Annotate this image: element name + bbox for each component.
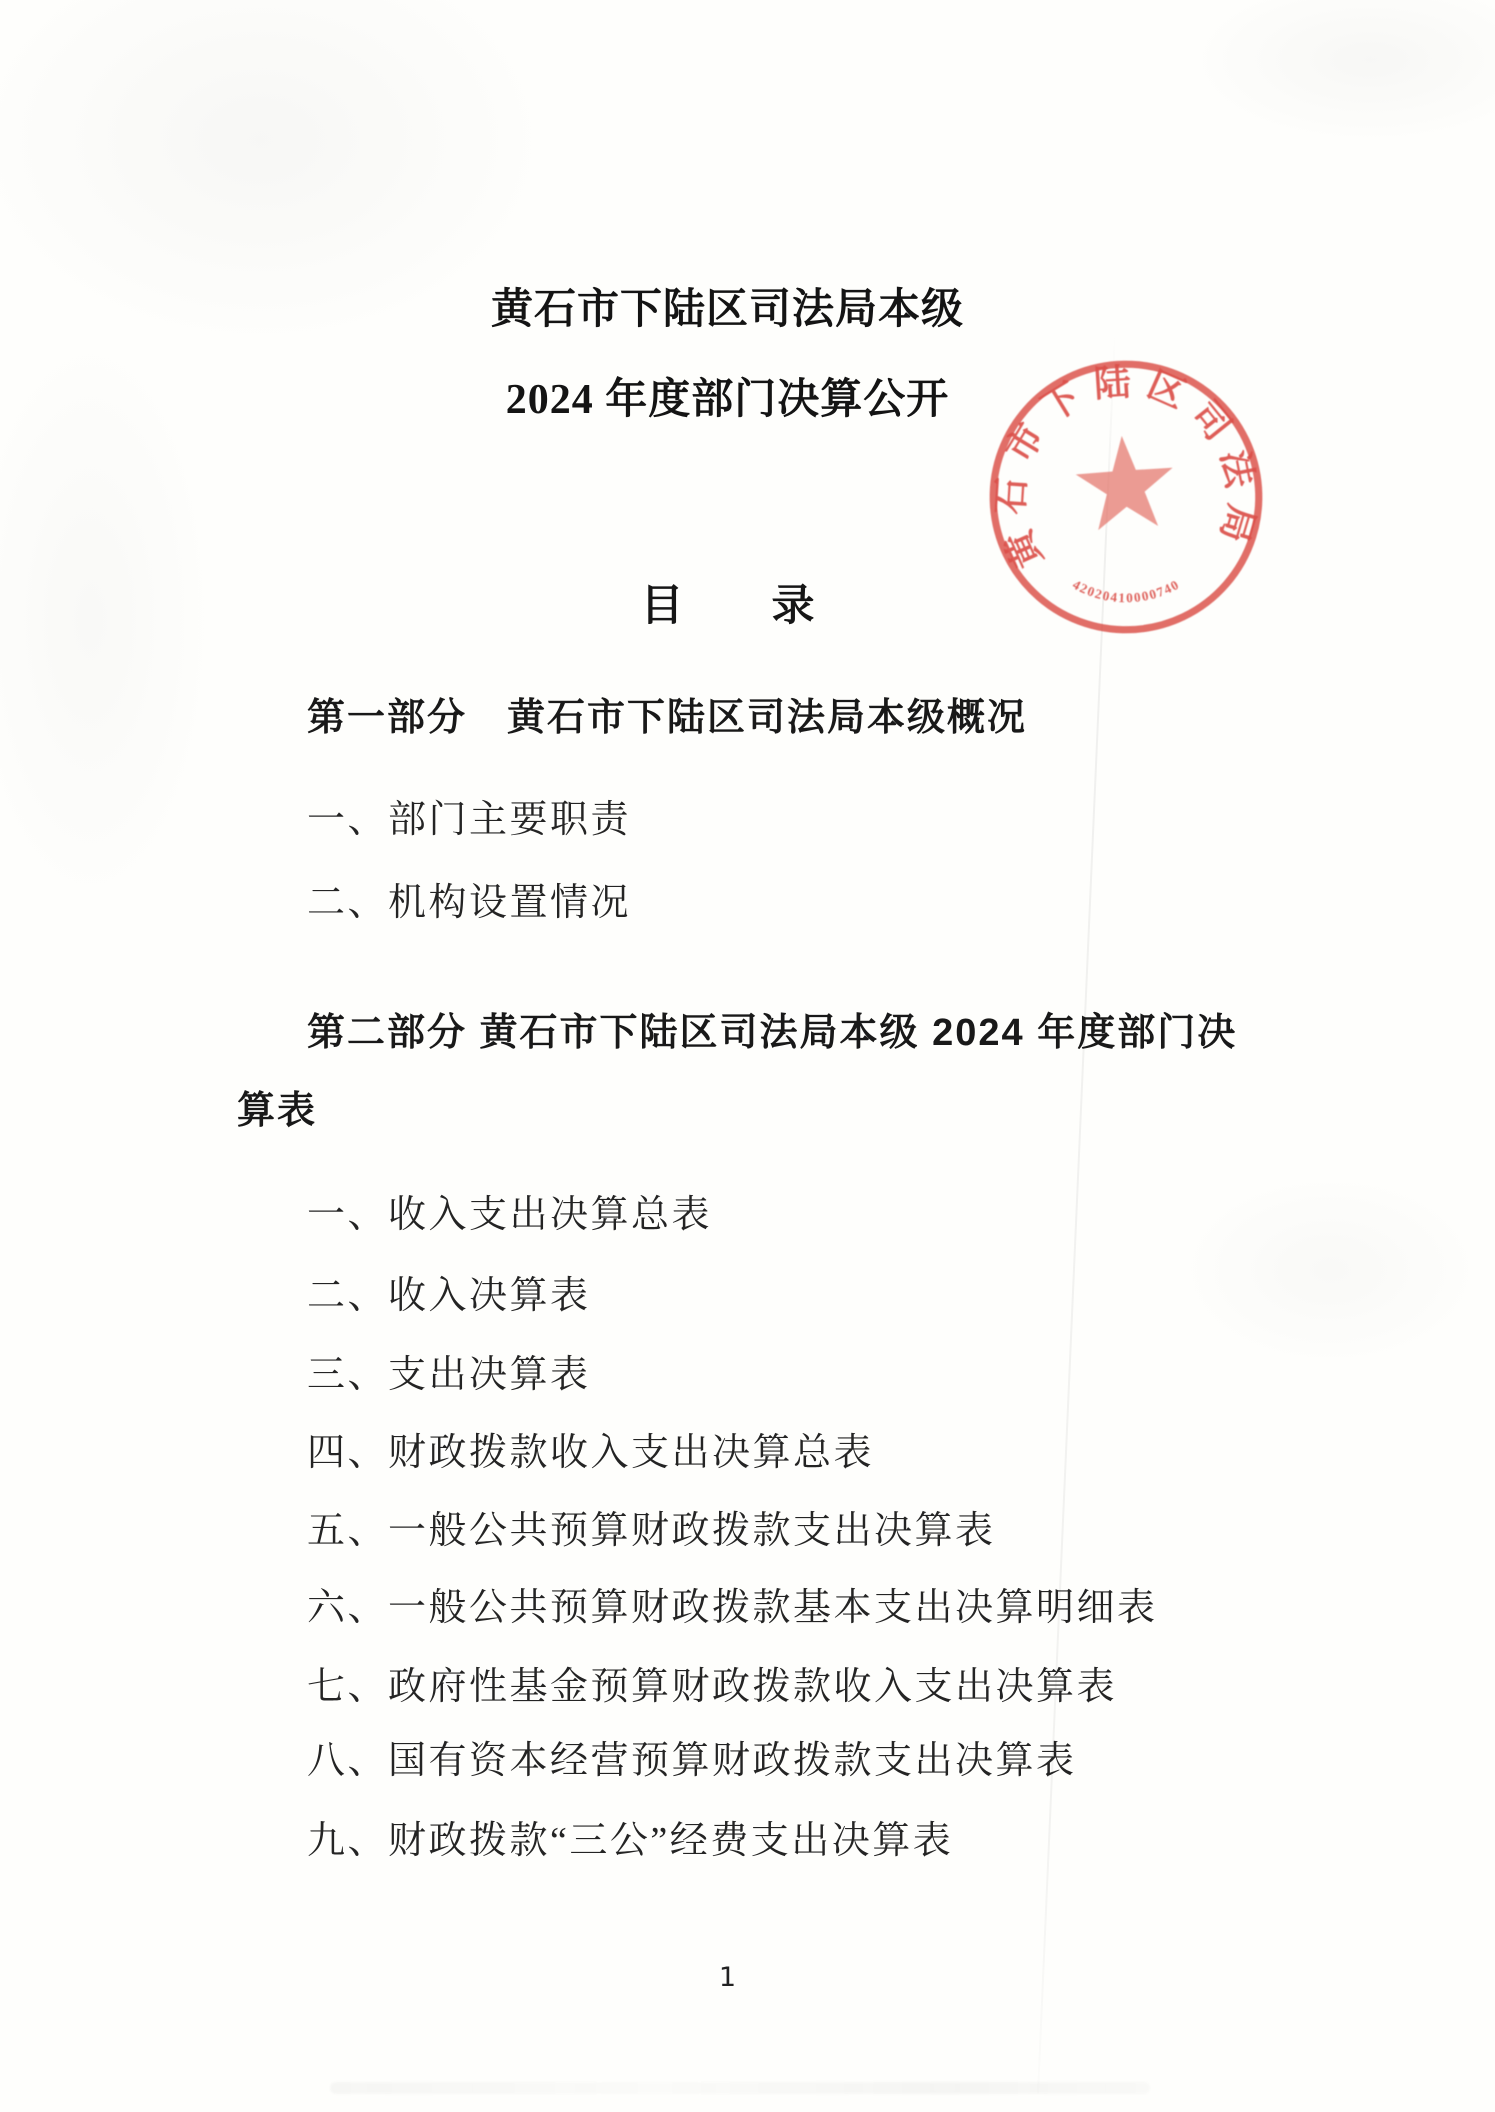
toc-item: 三、支出决算表 — [237, 1343, 591, 1398]
toc-item: 八、国有资本经营预算财政拨款支出决算表 — [237, 1729, 1077, 1784]
toc-item: 四、财政拨款收入支出决算总表 — [237, 1421, 874, 1476]
document-title-line-1: 黄石市下陆区司法局本级 — [0, 276, 1455, 336]
toc-item: 九、财政拨款“三公”经费支出决算表 — [237, 1809, 953, 1864]
document-title-line-2: 2024 年度部门决算公开 — [0, 366, 1455, 426]
toc-item: 一、收入支出决算总表 — [237, 1183, 712, 1238]
part2-heading-line-1: 第二部分 黄石市下陆区司法局本级 2024 年度部门决 — [237, 1001, 1237, 1056]
part1-heading: 第一部分 黄石市下陆区司法局本级概况 — [237, 686, 1027, 741]
toc-heading-char-2: 录 — [772, 583, 815, 630]
toc-item: 二、收入决算表 — [237, 1264, 591, 1319]
toc-item: 五、一般公共预算财政拨款支出决算表 — [237, 1499, 996, 1554]
toc-item: 七、政府性基金预算财政拨款收入支出决算表 — [237, 1655, 1117, 1710]
part2-heading-line-2: 算表 — [237, 1079, 317, 1134]
page-number: 1 — [0, 1962, 1455, 1993]
scan-edge-shadow — [330, 2082, 1150, 2094]
toc-item: 一、部门主要职责 — [237, 788, 631, 843]
seal-star-icon — [1073, 432, 1176, 531]
toc-item: 六、一般公共预算财政拨款基本支出决算明细表 — [237, 1576, 1158, 1631]
toc-heading: 目录 — [0, 572, 1455, 633]
toc-heading-char-1: 目 — [641, 583, 684, 630]
toc-item: 二、机构设置情况 — [237, 871, 631, 926]
scanned-document-page: 黄石市下陆区司法局本级 2024 年度部门决算公开 黄石市下陆区司法局 4202… — [0, 0, 1495, 2112]
